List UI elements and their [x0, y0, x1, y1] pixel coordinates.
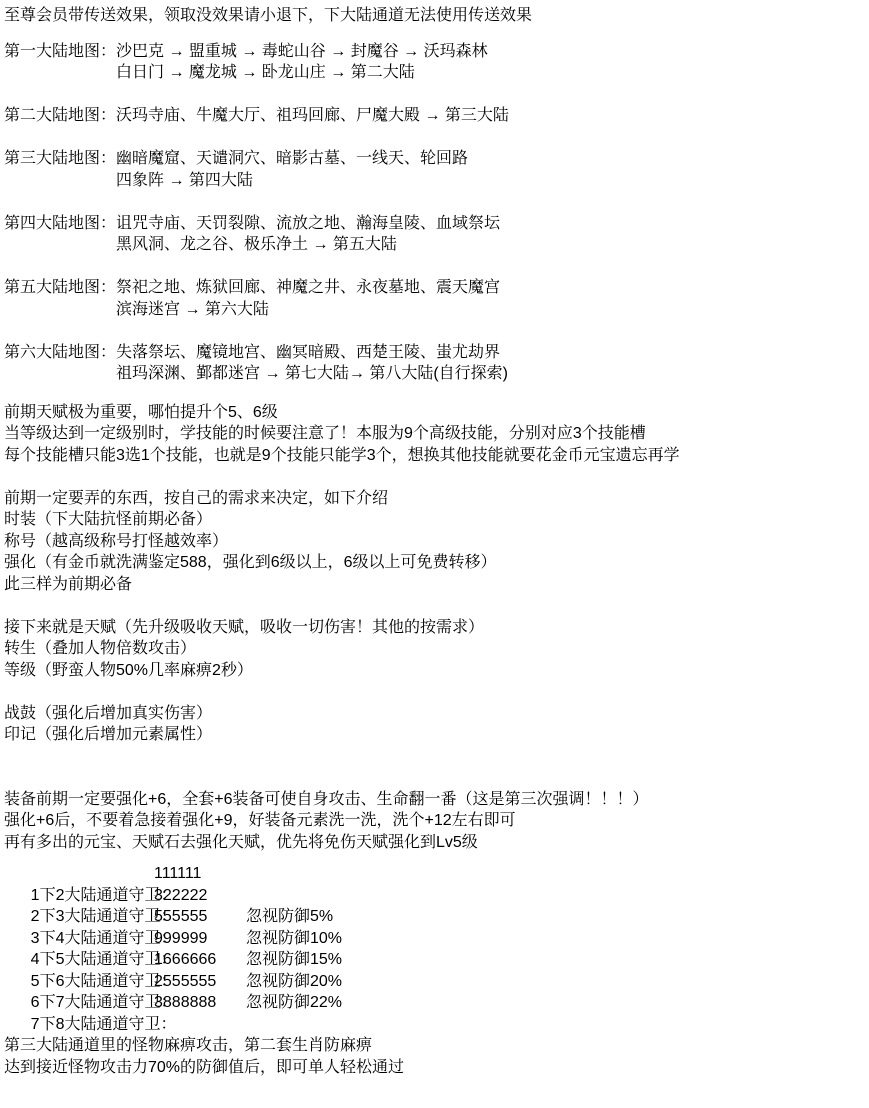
- note-line: 当等级达到一定级别时，学技能的时候要注意了！本服为9个高级技能，分别对应3个技能…: [4, 423, 863, 445]
- note-line: 装备前期一定要强化+6，全套+6装备可使自身攻击、生命翻一番（这是第三次强调！！…: [4, 789, 863, 811]
- map-label: 第二大陆地图：: [4, 105, 116, 127]
- note-line: 接下来就是天赋（先升级吸收天赋，吸收一切伤害！其他的按需求）: [4, 617, 863, 639]
- map-route-line: 失落祭坛、魔镜地宫、幽冥暗殿、西楚王陵、蚩尤劫界: [116, 342, 863, 364]
- note-line: 第三大陆通道里的怪物麻痹攻击，第二套生肖防麻痹: [4, 1035, 863, 1057]
- intro-line: 至尊会员带传送效果，领取没效果请小退下，下大陆通道无法使用传送效果: [4, 5, 863, 27]
- talent-importance-paragraph: 前期天赋极为重要，哪怕提升个5、6级 当等级达到一定级别时，学技能的时候要注意了…: [4, 402, 863, 467]
- extras-paragraph: 战鼓（强化后增加真实伤害） 印记（强化后增加元素属性）: [4, 703, 863, 746]
- map-label: 第三大陆地图：: [4, 148, 116, 170]
- note-line: 此三样为前期必备: [4, 574, 863, 596]
- note-line: 再有多出的元宝、天赋石去强化天赋，优先将免伤天赋强化到Lv5级: [4, 832, 863, 854]
- map-label: 第六大陆地图：: [4, 342, 116, 364]
- map-block-continent-1: 第一大陆地图： 沙巴克 → 盟重城 → 毒蛇山谷 → 封魔谷 → 沃玛森林 白日…: [4, 41, 863, 84]
- map-block-continent-4: 第四大陆地图： 诅咒寺庙、天罚裂隙、流放之地、瀚海皇陵、血域祭坛 黑风洞、龙之谷…: [4, 213, 863, 256]
- map-route-line: 四象阵 → 第四大陆: [116, 170, 863, 192]
- guard-hp: 1666666: [154, 949, 216, 971]
- note-line: 战鼓（强化后增加真实伤害）: [4, 703, 863, 725]
- map-route-line: 沃玛寺庙、牛魔大厅、祖玛回廊、尸魔大殿 → 第三大陆: [116, 105, 863, 127]
- note-line: 强化+6后，不要着急接着强化+9，好装备元素洗一洗，洗个+12左右即可: [4, 810, 863, 832]
- map-route-line: 幽暗魔窟、天谴洞穴、暗影古墓、一线天、轮回路: [116, 148, 863, 170]
- map-route-line: 祖玛深渊、鄞都迷宫 → 第七大陆→ 第八大陆(自行探索): [116, 363, 863, 385]
- guard-hp: 555555: [154, 906, 207, 928]
- map-block-continent-2: 第二大陆地图： 沃玛寺庙、牛魔大厅、祖玛回廊、尸魔大殿 → 第三大陆: [4, 105, 863, 127]
- guard-hp: 2555555: [154, 971, 216, 993]
- map-block-continent-6: 第六大陆地图： 失落祭坛、魔镜地宫、幽冥暗殿、西楚王陵、蚩尤劫界 祖玛深渊、鄞都…: [4, 342, 863, 385]
- note-line: 称号（越高级称号打怪越效率）: [4, 531, 863, 553]
- guard-row: 6下7大陆通道守卫： 2555555 忽视防御20%: [4, 971, 863, 993]
- guard-defense: 忽视防御15%: [246, 949, 342, 971]
- note-line: 每个技能槽只能3选1个技能，也就是9个技能只能学3个，想换其他技能就要花金币元宝…: [4, 445, 863, 467]
- note-line: 时装（下大陆抗怪前期必备）: [4, 509, 863, 531]
- map-routes: 沙巴克 → 盟重城 → 毒蛇山谷 → 封魔谷 → 沃玛森林 白日门 → 魔龙城 …: [116, 41, 863, 84]
- guard-hp: 322222: [154, 885, 207, 907]
- map-route-line: 白日门 → 魔龙城 → 卧龙山庄 → 第二大陆: [116, 62, 863, 84]
- passage-tip-paragraph: 第三大陆通道里的怪物麻痹攻击，第二套生肖防麻痹 达到接近怪物攻击力70%的防御值…: [4, 1035, 863, 1078]
- guide-document: 至尊会员带传送效果，领取没效果请小退下，下大陆通道无法使用传送效果 第一大陆地图…: [0, 0, 869, 1108]
- guard-defense: 忽视防御22%: [246, 992, 342, 1014]
- map-route-line: 沙巴克 → 盟重城 → 毒蛇山谷 → 封魔谷 → 沃玛森林: [116, 41, 863, 63]
- talents-paragraph: 接下来就是天赋（先升级吸收天赋，吸收一切伤害！其他的按需求） 转生（叠加人物倍数…: [4, 617, 863, 682]
- note-line: 达到接近怪物攻击力70%的防御值后，即可单人轻松通过: [4, 1057, 863, 1079]
- note-line: 前期一定要弄的东西，按自己的需求来决定，如下介绍: [4, 488, 863, 510]
- map-routes: 幽暗魔窟、天谴洞穴、暗影古墓、一线天、轮回路 四象阵 → 第四大陆: [116, 148, 863, 191]
- note-line: 印记（强化后增加元素属性）: [4, 724, 863, 746]
- map-routes: 沃玛寺庙、牛魔大厅、祖玛回廊、尸魔大殿 → 第三大陆: [116, 105, 863, 127]
- guard-defense: 忽视防御5%: [246, 906, 333, 928]
- map-label: 第五大陆地图：: [4, 277, 116, 299]
- guard-hp: 3888888: [154, 992, 216, 1014]
- early-essentials-paragraph: 前期一定要弄的东西，按自己的需求来决定，如下介绍 时装（下大陆抗怪前期必备） 称…: [4, 488, 863, 596]
- map-block-continent-5: 第五大陆地图： 祭祀之地、炼狱回廊、神魔之井、永夜墓地、震天魔宫 滨海迷宫 → …: [4, 277, 863, 320]
- guard-row: 2下3大陆通道守卫： 322222: [4, 885, 863, 907]
- map-routes: 失落祭坛、魔镜地宫、幽冥暗殿、西楚王陵、蚩尤劫界 祖玛深渊、鄞都迷宫 → 第七大…: [116, 342, 863, 385]
- guard-defense: 忽视防御20%: [246, 971, 342, 993]
- guard-hp: 111111: [154, 863, 201, 885]
- note-line: 强化（有金币就洗满鉴定588，强化到6级以上，6级以上可免费转移）: [4, 552, 863, 574]
- guard-table: 1下2大陆通道守卫： 111111 2下3大陆通道守卫： 322222 3下4大…: [4, 863, 863, 1014]
- note-line: 前期天赋极为重要，哪怕提升个5、6级: [4, 402, 863, 424]
- note-line: 转生（叠加人物倍数攻击）: [4, 638, 863, 660]
- map-label: 第一大陆地图：: [4, 41, 116, 63]
- enhance-paragraph: 装备前期一定要强化+6，全套+6装备可使自身攻击、生命翻一番（这是第三次强调！！…: [4, 789, 863, 854]
- map-route-line: 黑风洞、龙之谷、极乐净土 → 第五大陆: [116, 234, 863, 256]
- map-route-line: 诅咒寺庙、天罚裂隙、流放之地、瀚海皇陵、血域祭坛: [116, 213, 863, 235]
- map-routes: 祭祀之地、炼狱回廊、神魔之井、永夜墓地、震天魔宫 滨海迷宫 → 第六大陆: [116, 277, 863, 320]
- guard-row: 4下5大陆通道守卫： 999999 忽视防御10%: [4, 928, 863, 950]
- map-label: 第四大陆地图：: [4, 213, 116, 235]
- map-block-continent-3: 第三大陆地图： 幽暗魔窟、天谴洞穴、暗影古墓、一线天、轮回路 四象阵 → 第四大…: [4, 148, 863, 191]
- guard-defense: 忽视防御10%: [246, 928, 342, 950]
- guard-row: 1下2大陆通道守卫： 111111: [4, 863, 863, 885]
- guard-row: 7下8大陆通道守卫： 3888888 忽视防御22%: [4, 992, 863, 1014]
- guard-label: 7下8大陆通道守卫：: [31, 1016, 177, 1033]
- map-routes: 诅咒寺庙、天罚裂隙、流放之地、瀚海皇陵、血域祭坛 黑风洞、龙之谷、极乐净土 → …: [116, 213, 863, 256]
- guard-hp: 999999: [154, 928, 207, 950]
- note-line: 等级（野蛮人物50%几率麻痹2秒）: [4, 660, 863, 682]
- map-route-line: 滨海迷宫 → 第六大陆: [116, 299, 863, 321]
- guard-row: 3下4大陆通道守卫： 555555 忽视防御5%: [4, 906, 863, 928]
- guard-row: 5下6大陆通道守卫： 1666666 忽视防御15%: [4, 949, 863, 971]
- map-route-line: 祭祀之地、炼狱回廊、神魔之井、永夜墓地、震天魔宫: [116, 277, 863, 299]
